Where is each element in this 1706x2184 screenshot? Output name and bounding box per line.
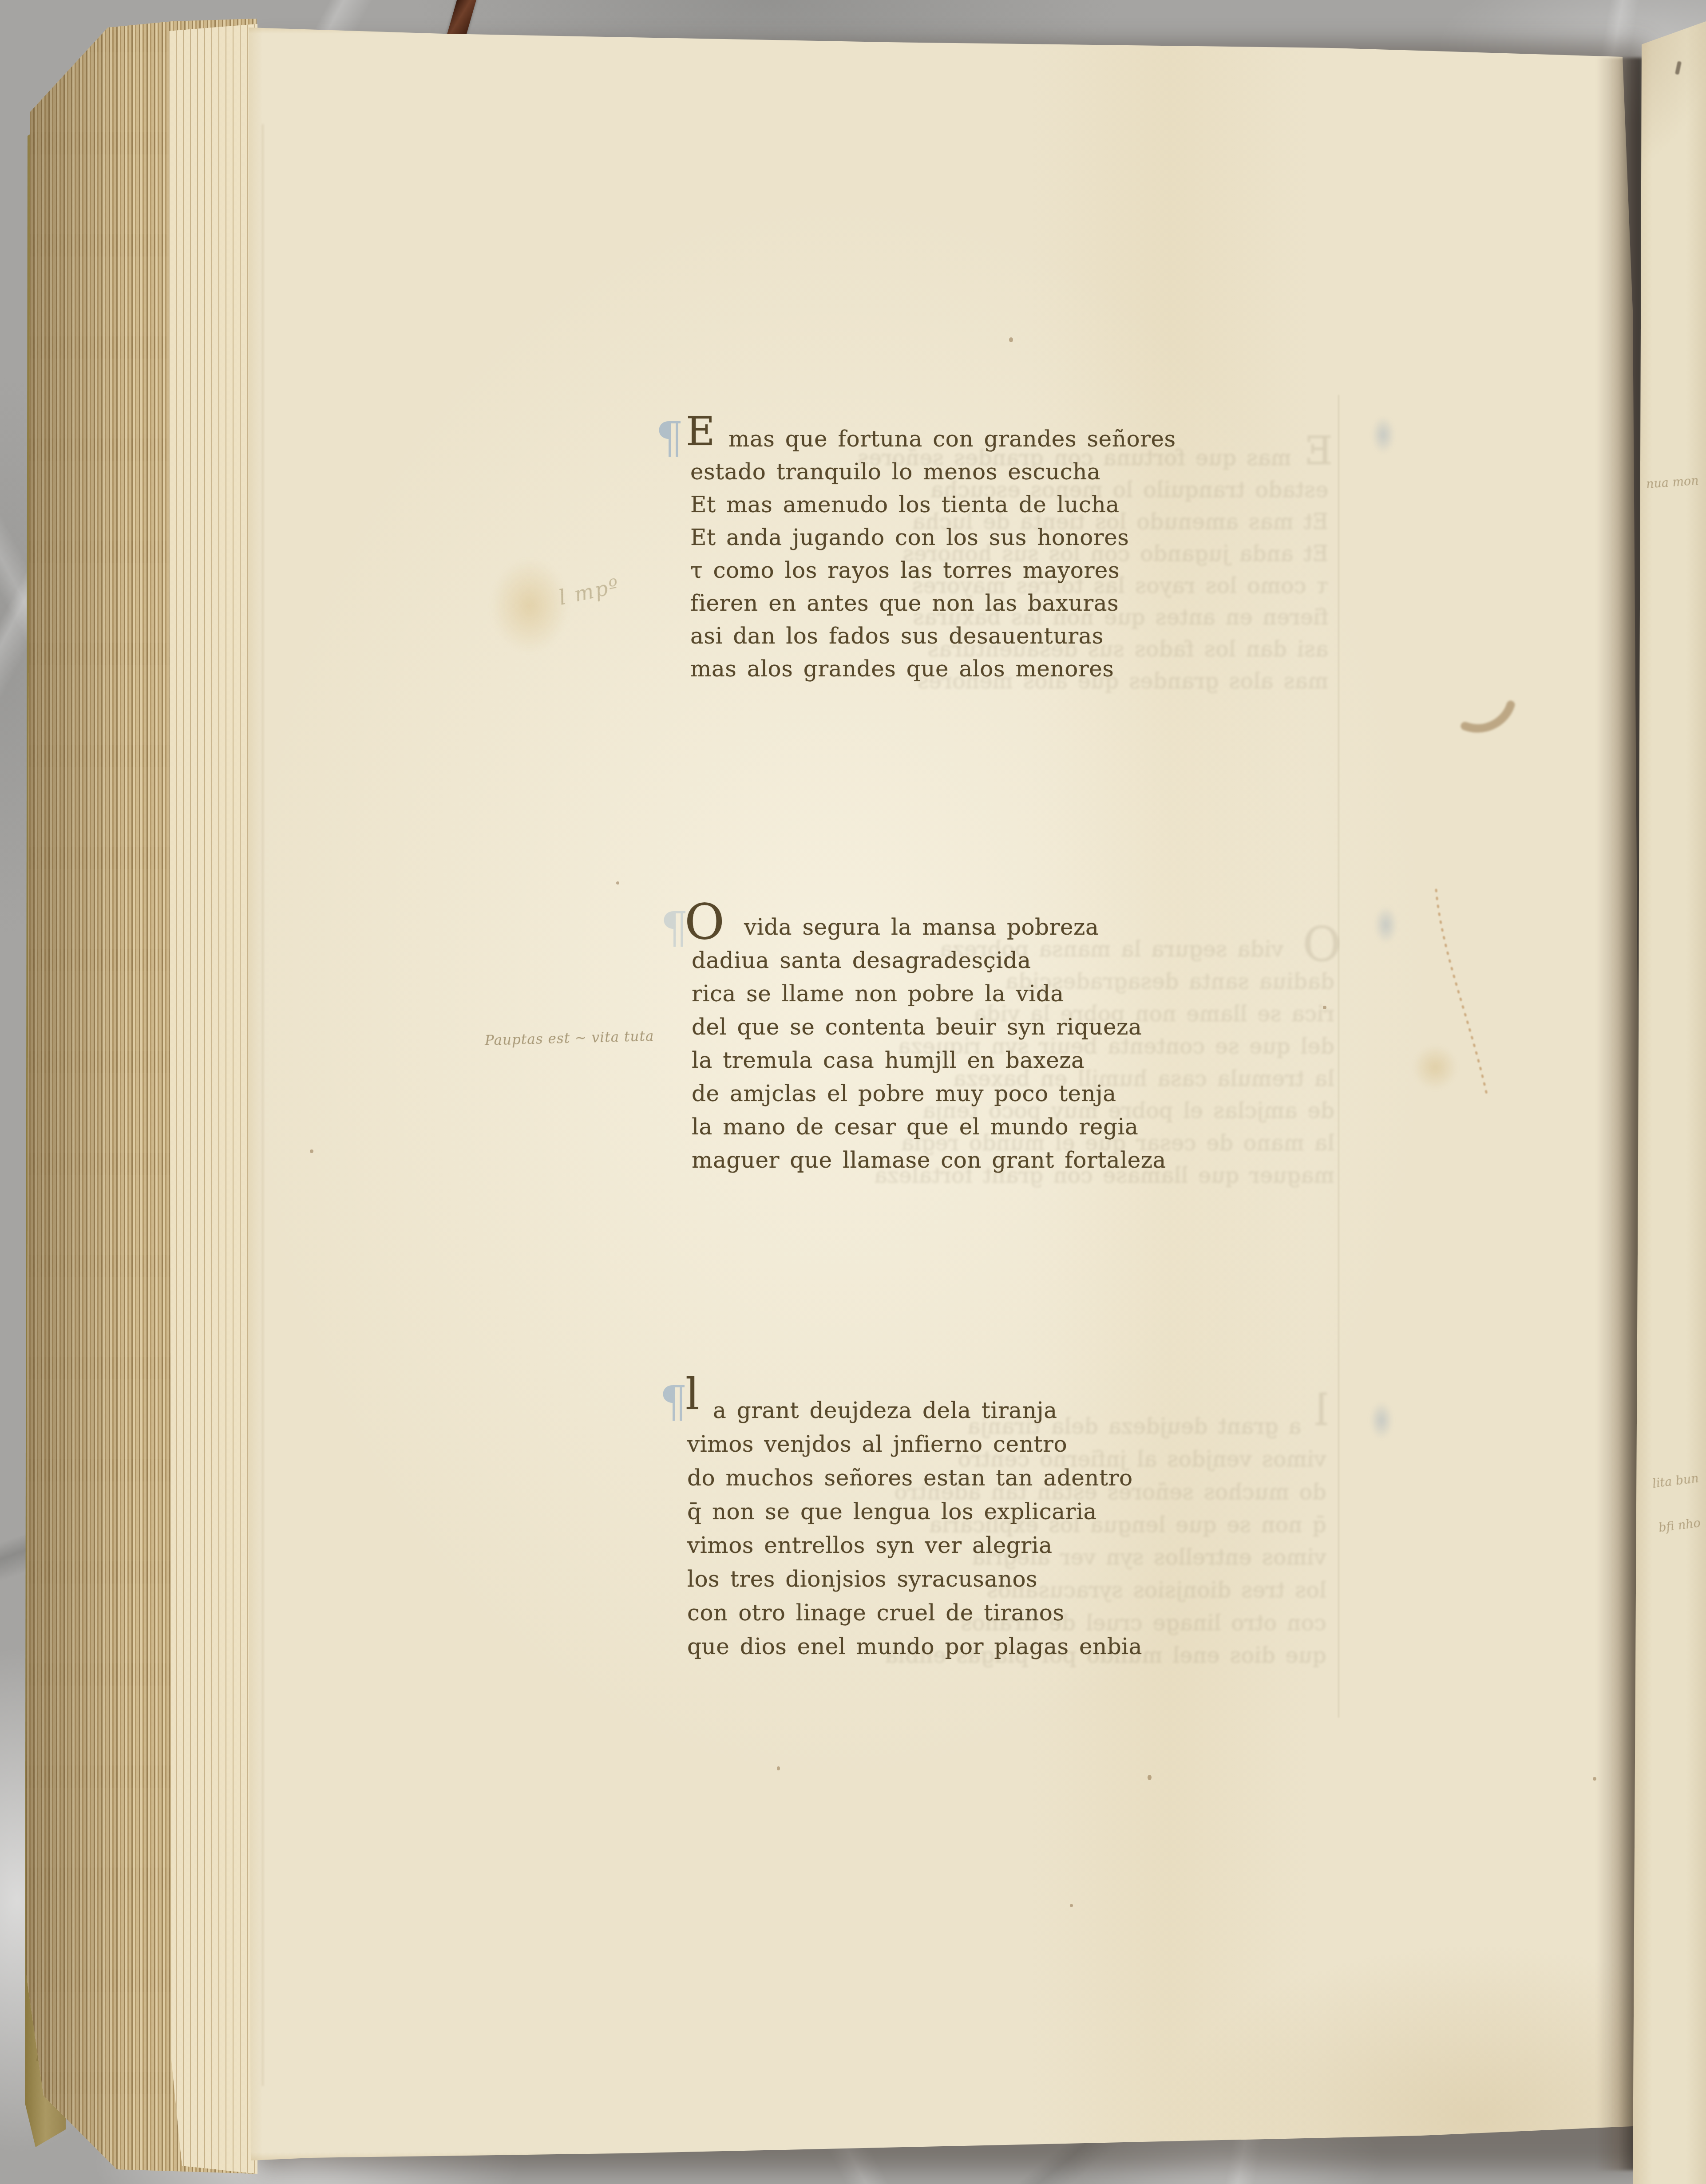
verse-line: maguer que llamase con grant fortaleza — [692, 1144, 1358, 1177]
verse-line: Ovida segura la mansa pobreza — [692, 911, 1358, 944]
manuscript-photograph: ¶ Emas que fortuna con grandes señores e… — [0, 0, 1706, 2184]
initial-letter: l — [685, 1378, 700, 1411]
verse-line: con otro linage cruel de tiranos — [687, 1596, 1353, 1630]
initial-letter: O — [685, 905, 725, 939]
verse-line: Et mas amenudo los tienta de lucha — [690, 488, 1356, 521]
verse-line: τ como los rayos las torres mayores — [690, 554, 1356, 587]
verse-line: estado tranquilo lo menos escucha — [690, 455, 1356, 488]
verse-line: q̄ non se que lengua los explicaria — [687, 1495, 1353, 1528]
margin-note: nua mon — [1646, 474, 1699, 491]
page-edges-inner — [169, 18, 257, 2175]
verse-line: fieren en antes que non las baxuras — [690, 587, 1356, 620]
verse-line-text: vida segura la mansa pobreza — [744, 914, 1099, 940]
margin-note: bfi nho — [1658, 1516, 1701, 1535]
verse-line: Emas que fortuna con grandes señores — [690, 423, 1356, 455]
stanza-2: ¶ Ovida segura la mansa pobreza dadiua s… — [692, 911, 1358, 1177]
verse-line: de amjclas el pobre muy poco tenja — [692, 1077, 1358, 1110]
verse-line: vimos entrellos syn ver alegria — [687, 1528, 1353, 1562]
verse-line: Et anda jugando con los sus honores — [690, 521, 1356, 554]
verse-line: dadiua santa desagradesçida — [692, 944, 1358, 977]
pilcrow-icon: ¶ — [656, 416, 683, 460]
verse-line: la mano de cesar que el mundo regia — [692, 1110, 1358, 1144]
verse-line: la tremula casa humjll en baxeza — [692, 1044, 1358, 1077]
verse-line: vimos venjdos al jnfierno centro — [687, 1427, 1353, 1461]
stanza-1: ¶ Emas que fortuna con grandes señores e… — [690, 423, 1356, 685]
manuscript-page: ¶ Emas que fortuna con grandes señores e… — [248, 27, 1644, 2161]
verse-line-text: a grant deujdeza dela tiranja — [713, 1398, 1057, 1423]
stanza-text: la grant deujdeza dela tiranja vimos ven… — [687, 1394, 1353, 1663]
verse-line: los tres dionjsios syracusanos — [687, 1562, 1353, 1596]
verse-line: rica se llame non pobre la vida — [692, 977, 1358, 1011]
stanza-3: ¶ la grant deujdeza dela tiranja vimos v… — [687, 1394, 1353, 1663]
stanza-text: Emas que fortuna con grandes señores est… — [690, 423, 1356, 685]
verse-line: que dios enel mundo por plagas enbia — [687, 1630, 1353, 1663]
verse-line: la grant deujdeza dela tiranja — [687, 1394, 1353, 1427]
initial-letter: E — [686, 415, 715, 448]
margin-note: lita bun — [1652, 1472, 1700, 1491]
stanza-text: Ovida segura la mansa pobreza dadiua san… — [692, 911, 1358, 1177]
verse-line: do muchos señores estan tan adentro — [687, 1461, 1353, 1495]
verse-line: asi dan los fados sus desauenturas — [690, 620, 1356, 652]
verse-line: del que se contenta beuir syn riqueza — [692, 1011, 1358, 1044]
verse-line-text: mas que fortuna con grandes señores — [728, 426, 1176, 452]
pilcrow-icon: ¶ — [660, 1380, 687, 1424]
ink-fleck — [1675, 61, 1682, 75]
pilcrow-icon: ¶ — [661, 906, 688, 950]
verse-line: mas alos grandes que alos menores — [690, 652, 1356, 685]
